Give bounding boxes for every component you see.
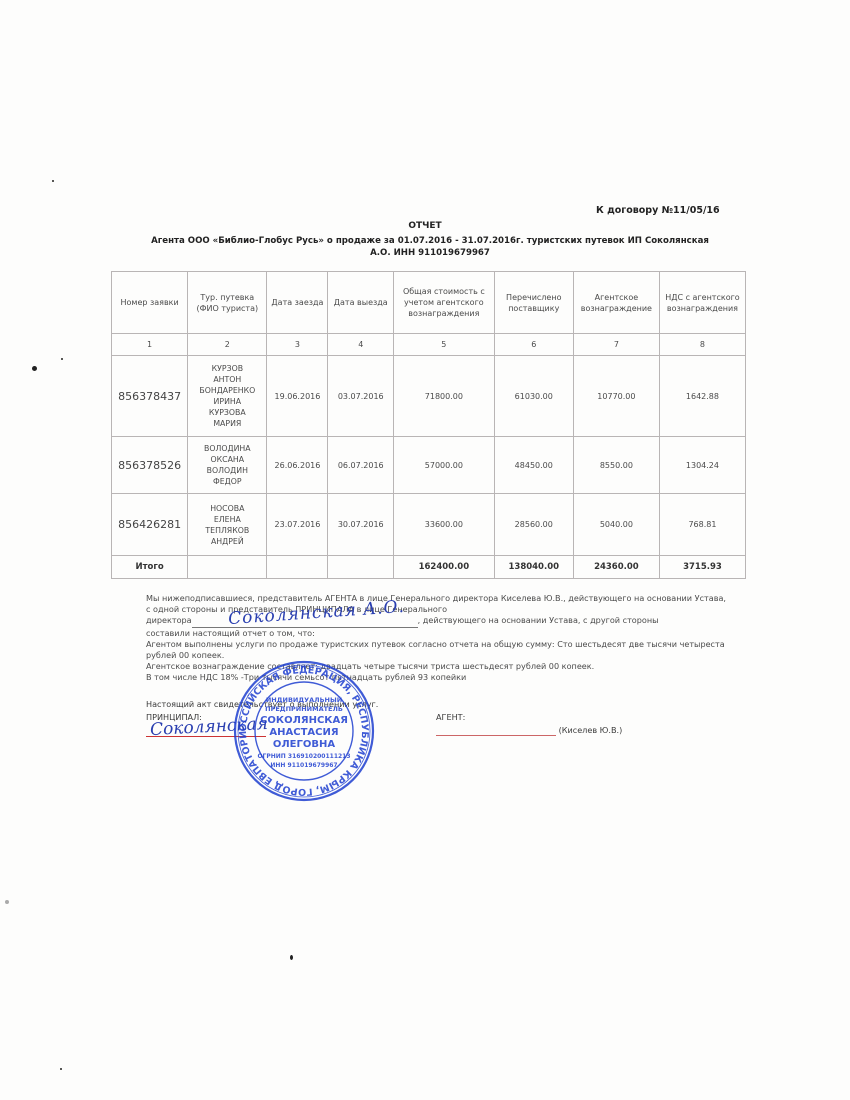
scan-speck	[60, 1068, 62, 1070]
tourist-name: ОКСАНА	[190, 454, 264, 465]
header-check-out: Дата выезда	[328, 272, 394, 334]
agent-signature-block: (Киселев Ю.В.)	[436, 725, 622, 736]
tourist-name: НОСОВА	[190, 503, 264, 514]
tourist-names: ВОЛОДИНА ОКСАНА ВОЛОДИН ФЕДОР	[188, 437, 267, 494]
to-supplier: 48450.00	[494, 437, 573, 494]
totals-to-supplier: 138040.00	[494, 556, 573, 579]
order-number: 856378437	[112, 356, 188, 437]
table-row: 856378437 КУРЗОВ АНТОН БОНДАРЕНКО ИРИНА …	[112, 356, 746, 437]
document-subtitle: Агента ООО «Библио-Глобус Русь» о продаж…	[130, 235, 730, 259]
document-title: ОТЧЕТ	[0, 221, 850, 231]
total-cost: 33600.00	[394, 494, 495, 556]
commission: 8550.00	[573, 437, 659, 494]
subtitle-line-1: Агента ООО «Библио-Глобус Русь» о продаж…	[130, 235, 730, 247]
check-in-date: 19.06.2016	[267, 356, 328, 437]
to-supplier: 28560.00	[494, 494, 573, 556]
tourist-names: КУРЗОВ АНТОН БОНДАРЕНКО ИРИНА КУРЗОВА МА…	[188, 356, 267, 437]
paragraph-composed: составили настоящий отчет о том, что:	[146, 628, 726, 639]
header-commission: Агентское вознаграждение	[573, 272, 659, 334]
totals-vat: 3715.93	[659, 556, 745, 579]
column-number: 4	[328, 334, 394, 356]
official-stamp-icon: РОССИЙСКАЯ ФЕДЕРАЦИЯ, РЕСПУБЛИКА КРЫМ, Г…	[233, 660, 375, 802]
column-number: 6	[494, 334, 573, 356]
tourist-name: ВОЛОДИН	[190, 465, 264, 476]
tourist-name: ИРИНА	[190, 396, 264, 407]
stamp-line: АНАСТАСИЯ	[269, 727, 338, 738]
totals-label: Итого	[112, 556, 188, 579]
to-supplier: 61030.00	[494, 356, 573, 437]
empty-cell	[188, 556, 267, 579]
column-number: 3	[267, 334, 328, 356]
stamp-line: ПРЕДПРИНИМАТЕЛЬ	[265, 705, 343, 713]
column-number: 2	[188, 334, 267, 356]
director-prefix: директора	[146, 615, 192, 625]
tourist-name: БОНДАРЕНКО	[190, 385, 264, 396]
total-cost: 71800.00	[394, 356, 495, 437]
scan-speck	[32, 366, 37, 371]
column-number: 5	[394, 334, 495, 356]
stamp-line: СОКОЛЯНСКАЯ	[260, 715, 348, 726]
header-total: Общая стоимость с учетом агентского возн…	[394, 272, 495, 334]
scan-speck	[290, 955, 293, 960]
agent-signature-line	[436, 725, 556, 736]
subtitle-line-2: А.О. ИНН 911019679967	[130, 247, 730, 259]
stamp-ogrnip: ОГРНИП 316910200111213	[257, 753, 350, 760]
tourist-names: НОСОВА ЕЛЕНА ТЕПЛЯКОВ АНДРЕЙ	[188, 494, 267, 556]
check-in-date: 23.07.2016	[267, 494, 328, 556]
empty-cell	[267, 556, 328, 579]
check-in-date: 26.06.2016	[267, 437, 328, 494]
tourist-name: АНТОН	[190, 374, 264, 385]
commission: 5040.00	[573, 494, 659, 556]
stamp-line: ИНДИВИДУАЛЬНЫЙ	[266, 695, 342, 704]
tourist-name: МАРИЯ	[190, 418, 264, 429]
table-header-row: Номер заявки Тур. путевка (ФИО туриста) …	[112, 272, 746, 334]
check-out-date: 03.07.2016	[328, 356, 394, 437]
contract-reference: К договору №11/05/16	[596, 205, 720, 216]
report-table: Номер заявки Тур. путевка (ФИО туриста) …	[111, 271, 746, 579]
totals-commission: 24360.00	[573, 556, 659, 579]
total-cost: 57000.00	[394, 437, 495, 494]
scan-speck	[5, 900, 9, 904]
totals-row: Итого 162400.00 138040.00 24360.00 3715.…	[112, 556, 746, 579]
agent-name: (Киселев Ю.В.)	[559, 725, 623, 735]
paragraph-services: Агентом выполнены услуги по продаже тури…	[146, 639, 726, 661]
column-number: 8	[659, 334, 745, 356]
stamp-line: ОЛЕГОВНА	[273, 739, 336, 750]
tourist-name: ТЕПЛЯКОВ	[190, 525, 264, 536]
header-order: Номер заявки	[112, 272, 188, 334]
check-out-date: 06.07.2016	[328, 437, 394, 494]
vat: 1304.24	[659, 437, 745, 494]
order-number: 856426281	[112, 494, 188, 556]
tourist-name: КУРЗОВ	[190, 363, 264, 374]
vat: 1642.88	[659, 356, 745, 437]
tourist-name: ЕЛЕНА	[190, 514, 264, 525]
table-row: 856426281 НОСОВА ЕЛЕНА ТЕПЛЯКОВ АНДРЕЙ 2…	[112, 494, 746, 556]
column-number: 7	[573, 334, 659, 356]
scan-speck	[52, 180, 54, 182]
check-out-date: 30.07.2016	[328, 494, 394, 556]
order-number: 856378526	[112, 437, 188, 494]
vat: 768.81	[659, 494, 745, 556]
commission: 10770.00	[573, 356, 659, 437]
scan-speck	[61, 358, 63, 360]
totals-total-cost: 162400.00	[394, 556, 495, 579]
director-suffix: , действующего на основании Устава, с др…	[418, 615, 659, 625]
table-row: 856378526 ВОЛОДИНА ОКСАНА ВОЛОДИН ФЕДОР …	[112, 437, 746, 494]
stamp-inn: ИНН 911019679967	[270, 762, 337, 769]
header-to-supplier: Перечислено поставщику	[494, 272, 573, 334]
column-number: 1	[112, 334, 188, 356]
header-tourists: Тур. путевка (ФИО туриста)	[188, 272, 267, 334]
empty-cell	[328, 556, 394, 579]
header-check-in: Дата заезда	[267, 272, 328, 334]
agent-label: АГЕНТ:	[436, 712, 465, 722]
tourist-name: КУРЗОВА	[190, 407, 264, 418]
tourist-name: АНДРЕЙ	[190, 536, 264, 547]
tourist-name: ФЕДОР	[190, 476, 264, 487]
tourist-name: ВОЛОДИНА	[190, 443, 264, 454]
column-number-row: 1 2 3 4 5 6 7 8	[112, 334, 746, 356]
header-vat: НДС с агентского вознаграждения	[659, 272, 745, 334]
